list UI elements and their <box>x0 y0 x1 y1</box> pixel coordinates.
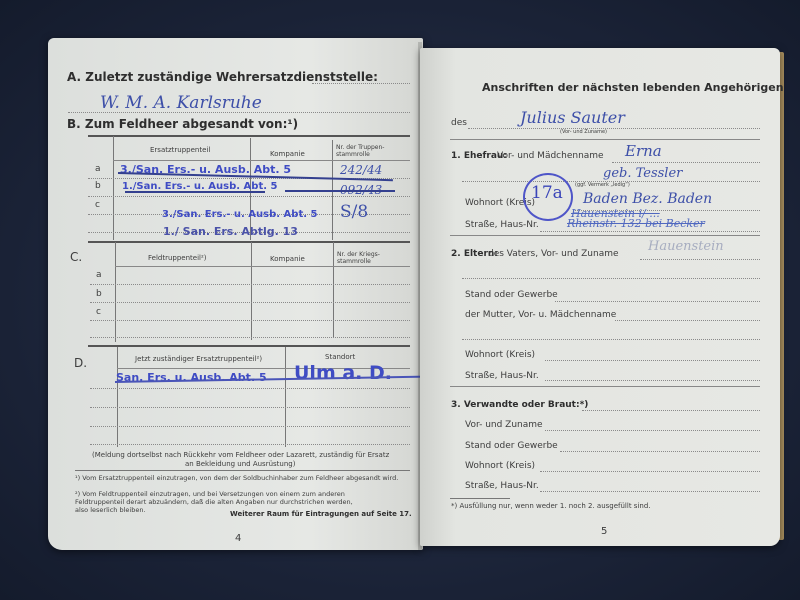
dotted-line <box>560 451 760 452</box>
table-rule <box>115 242 116 342</box>
stand-label-3: Stand oder Gewerbe <box>465 441 558 451</box>
dotted-line <box>462 278 760 279</box>
section-d-label: D. <box>74 356 87 370</box>
table-rule <box>88 135 410 137</box>
table-rule <box>88 241 410 243</box>
dotted-line <box>545 380 760 381</box>
table-rule <box>113 136 114 240</box>
strasse-label: Straße, Haus-Nr. <box>465 220 539 230</box>
footnote-rule <box>450 498 510 499</box>
mother-label: der Mutter, Vor- u. Mädchenname <box>465 310 616 320</box>
strike-line <box>125 191 265 193</box>
divider <box>450 235 760 236</box>
dotted-line <box>615 320 760 321</box>
dotted-line <box>90 320 410 321</box>
dotted-line <box>90 284 410 285</box>
dotted-line <box>90 444 410 445</box>
stamp-standort: Ulm a. D. <box>294 362 392 384</box>
small-caption: (ggf. Vermerk „ledig“) <box>575 182 630 188</box>
dotted-line <box>540 231 760 232</box>
row-letter: a <box>96 270 102 280</box>
row-a-nr: 242/44 <box>340 163 382 177</box>
strasse-value: Rheinstr. 132 bei Becker <box>567 217 705 230</box>
section-a-label: A. Zuletzt zuständige Wehrersatzdienstst… <box>67 70 378 84</box>
wohnort-value: Baden Bez. Baden <box>583 191 712 207</box>
column-header: Kompanie <box>270 255 305 263</box>
wohnort-label-2: Wohnort (Kreis) <box>465 350 535 360</box>
dotted-line <box>90 407 410 408</box>
column-header: Jetzt zuständiger Ersatztruppenteil²) <box>135 355 262 363</box>
dotted-line <box>90 426 410 427</box>
footnote-2: Feldtruppenteil derart abzuändern, daß d… <box>75 498 353 506</box>
stand-label: Stand oder Gewerbe <box>465 290 558 300</box>
section-c-label: C. <box>70 250 82 264</box>
row-letter: b <box>95 181 101 191</box>
des-value: Julius Sauter <box>520 108 625 127</box>
stamp-row-d-unit: 1./ San. Ers. Abtlg. 13 <box>163 225 298 238</box>
row-letter: a <box>95 164 101 174</box>
column-header: Ersatztruppenteil <box>150 146 210 154</box>
table-rule <box>251 242 252 340</box>
section-b-label: B. Zum Feldheer abgesandt von:¹) <box>67 117 298 131</box>
table-rule <box>75 470 410 471</box>
dotted-line <box>640 259 760 260</box>
section-d-note: (Meldung dortselbst nach Rückkehr vom Fe… <box>92 451 389 459</box>
strasse-label-2: Straße, Haus-Nr. <box>465 371 539 381</box>
right-footnote: *) Ausfüllung nur, wenn weder 1. noch 2.… <box>451 502 651 510</box>
right-page-title: Anschriften der nächsten lebenden Angehö… <box>482 81 784 94</box>
table-rule <box>117 347 118 447</box>
section-a-value: W. M. A. Karlsruhe <box>100 93 262 113</box>
table-rule <box>88 345 410 347</box>
table-rule <box>333 242 334 338</box>
column-header: Nr. der Truppen-stammrolle <box>336 144 406 158</box>
dotted-line <box>540 491 760 492</box>
dotted-line <box>90 337 410 338</box>
page-number-right: 5 <box>601 526 607 537</box>
dotted-line <box>90 388 410 389</box>
continued-note: Weiterer Raum für Eintragungen auf Seite… <box>230 510 412 518</box>
dotted-line <box>582 410 760 411</box>
des-label: des <box>451 118 467 128</box>
column-header: Standort <box>325 353 355 361</box>
row-letter: b <box>96 289 102 299</box>
footnote-2: ²) Vom Feldtruppenteil einzutragen, und … <box>75 490 345 498</box>
column-header: Nr. der Kriegs-stammrolle <box>337 251 407 265</box>
dotted-line <box>90 302 410 303</box>
dotted-line <box>545 430 760 431</box>
wohnort-label-3: Wohnort (Kreis) <box>465 461 535 471</box>
wife-maiden-name: geb. Tessler <box>603 166 682 181</box>
father-value-faded: Hauenstein <box>648 239 724 254</box>
dotted-line <box>540 471 760 472</box>
table-rule <box>113 160 410 161</box>
divider <box>450 139 760 140</box>
table-rule <box>115 266 410 267</box>
dotted-line <box>68 112 410 113</box>
dotted-line <box>545 360 760 361</box>
name-label: Vor- und Mädchenname <box>497 151 604 161</box>
des-caption: (Vor- und Zuname) <box>560 129 607 135</box>
section-d-note: an Bekleidung und Ausrüstung) <box>185 460 295 468</box>
strike-line <box>285 190 395 192</box>
divider <box>450 386 760 387</box>
strasse-label-3: Straße, Haus-Nr. <box>465 481 539 491</box>
dotted-line <box>462 339 760 340</box>
father-label: des Vaters, Vor- und Zuname <box>488 249 619 259</box>
row-c-nr: S/8 <box>340 202 368 222</box>
row-letter: c <box>96 307 101 317</box>
footnote-1: ¹) Vom Ersatztruppenteil einzutragen, vo… <box>75 474 410 482</box>
name-label-3: Vor- und Zuname <box>465 420 543 430</box>
row-letter: c <box>95 200 100 210</box>
dotted-line <box>612 162 760 163</box>
wife-first-name: Erna <box>625 142 662 160</box>
footnote-2: also leserlich bleiben. <box>75 506 146 514</box>
column-header: Kompanie <box>270 150 305 158</box>
page-number-left: 4 <box>235 533 241 544</box>
column-header: Feldtruppenteil²) <box>148 254 207 262</box>
table-rule <box>285 347 286 447</box>
dotted-line <box>468 128 760 129</box>
stamp-circle-text: 17a <box>531 183 563 203</box>
dotted-line <box>312 83 410 84</box>
stamp-row-c-unit: 3./San. Ers.- u. Ausb. Abt. 5 <box>162 209 317 220</box>
dotted-line <box>555 301 760 302</box>
section-3-label: 3. Verwandte oder Braut:*) <box>451 400 588 410</box>
